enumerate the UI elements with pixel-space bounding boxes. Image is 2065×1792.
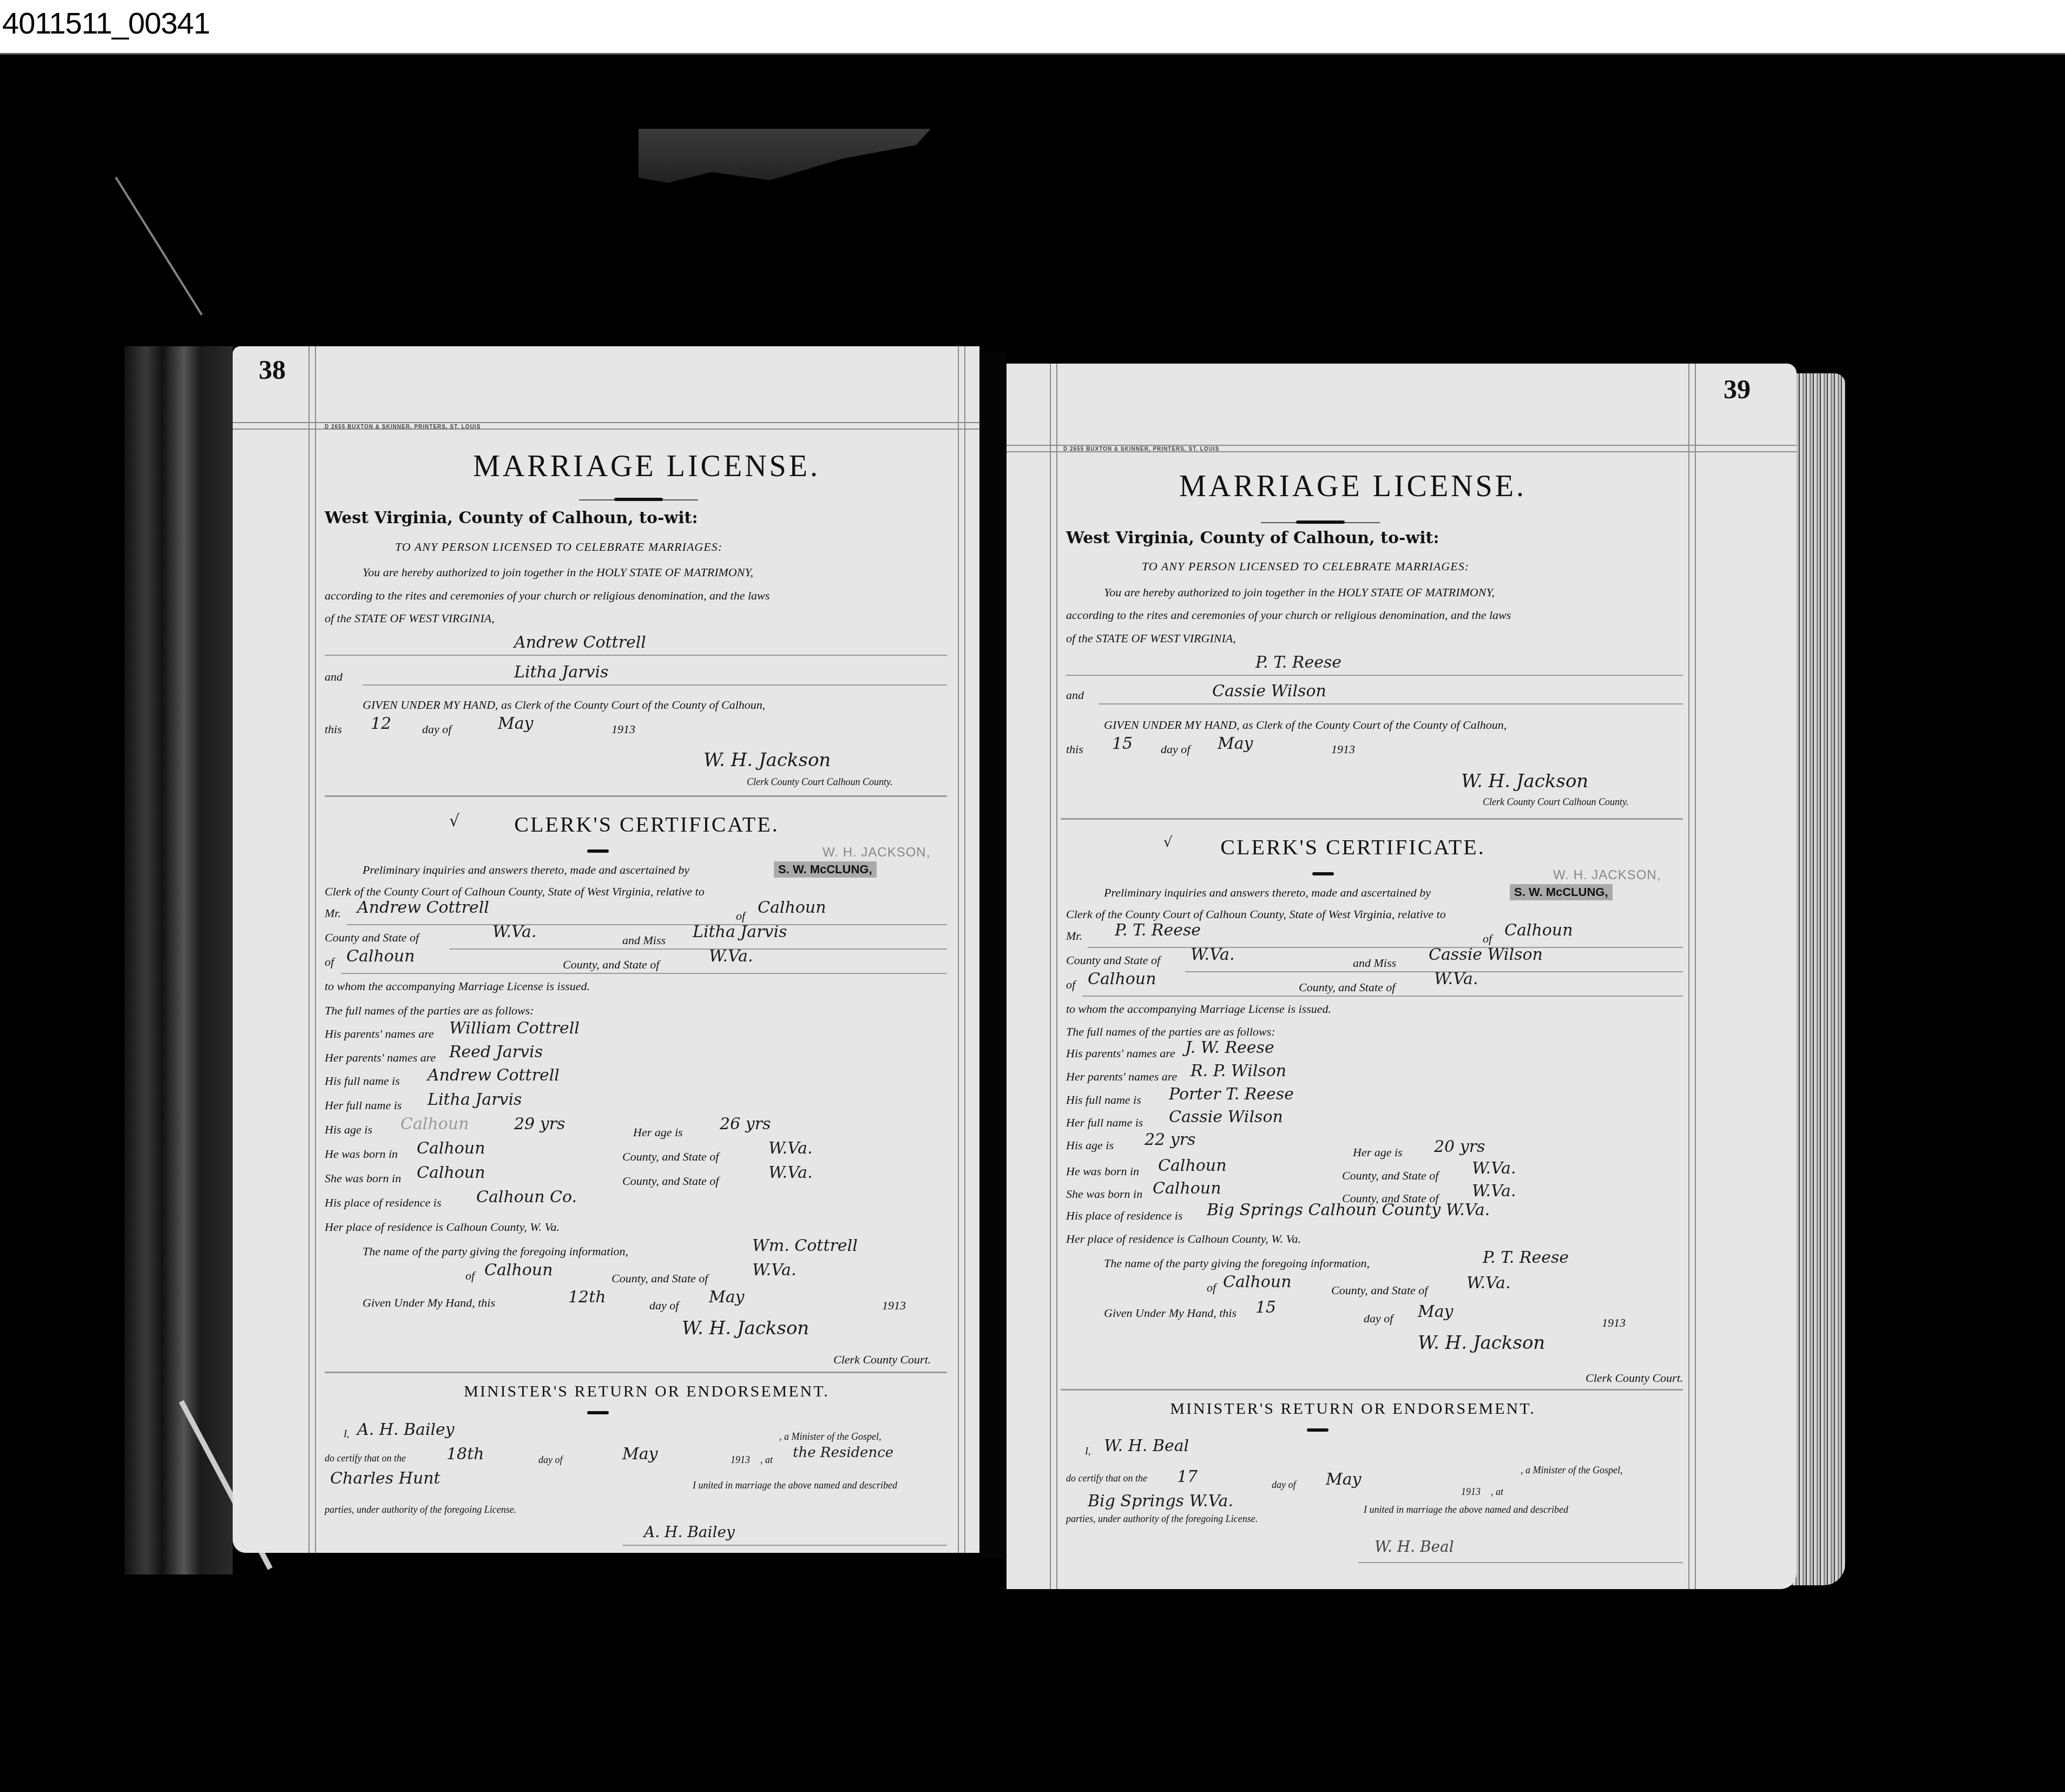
his-age-struck: Calhoun (400, 1115, 469, 1134)
license-address: TO ANY PERSON LICENSED TO CELEBRATE MARR… (1142, 559, 1469, 574)
miss-county: Calhoun (1088, 970, 1156, 989)
his-parents: William Cottrell (449, 1019, 580, 1038)
he-born-state: W.Va. (1472, 1159, 1516, 1178)
clerk-title: Clerk County Court Calhoun County. (1483, 796, 1629, 808)
section-divider (325, 795, 947, 797)
his-age-label: His age is (1066, 1138, 1114, 1152)
certificate-clerk-line: Clerk of the County Court of Calhoun Cou… (1066, 907, 1446, 921)
bride-name: Litha Jarvis (514, 663, 609, 682)
her-full-name: Litha Jarvis (428, 1090, 522, 1109)
fill-line (1066, 675, 1683, 676)
return-year: 1913 (1461, 1486, 1481, 1498)
ledger-page-39: 39 D 2655 BUXTON & SKINNER, PRINTERS, ST… (1007, 364, 1797, 1589)
ornament-divider (1296, 521, 1345, 524)
to-whom-label: to whom the accompanying Marriage Licens… (325, 979, 590, 993)
her-full-name: Cassie Wilson (1169, 1108, 1283, 1126)
page-number: 38 (259, 354, 286, 385)
united-label: I united in marriage the above named and… (1364, 1504, 1568, 1516)
her-parents: R. P. Wilson (1191, 1062, 1286, 1081)
header-rule (233, 422, 979, 423)
mr-name: Andrew Cottrell (357, 898, 489, 917)
license-body-line: of the STATE OF WEST VIRGINIA, (1066, 631, 1236, 645)
mr-name: P. T. Reese (1115, 921, 1201, 940)
at-label: , at (1491, 1486, 1503, 1498)
clerk-stamp-faint: W. H. JACKSON, (823, 845, 930, 860)
her-age: 20 yrs (1434, 1137, 1485, 1156)
her-age-label: Her age is (633, 1125, 683, 1139)
he-born-state-label: County, and State of (1342, 1169, 1438, 1183)
mr-county: Calhoun (1504, 921, 1573, 940)
her-full-name-label: Her full name is (325, 1098, 402, 1112)
fill-line (325, 655, 947, 656)
his-age: 29 yrs (514, 1115, 565, 1134)
she-born-county: Calhoun (417, 1163, 485, 1182)
and-label: and (1066, 688, 1084, 702)
informant-state-label: County, and State of (611, 1271, 708, 1286)
parties-label: parties, under authority of the foregoin… (325, 1504, 516, 1516)
clerk-signature: W. H. Jackson (703, 749, 831, 771)
and-label: and (325, 670, 343, 684)
miss-state: W.Va. (709, 947, 753, 966)
miss-of-label: of (325, 955, 334, 969)
informant-state: W.Va. (1466, 1274, 1510, 1293)
jurisdiction-heading: West Virginia, County of Calhoun, to-wit… (325, 509, 698, 528)
minister-signature: A. H. Bailey (644, 1523, 735, 1541)
return-day: 18th (446, 1445, 484, 1464)
minister-name: W. H. Beal (1104, 1437, 1189, 1455)
ledger-page-38: 38 D 2655 BUXTON & SKINNER, PRINTERS, ST… (233, 346, 979, 1553)
license-month: May (1218, 734, 1253, 753)
his-residence: Big Springs Calhoun County W.Va. (1207, 1201, 1490, 1220)
he-born-county: Calhoun (1158, 1156, 1226, 1175)
mr-state: W.Va. (1191, 945, 1234, 964)
minister-suffix: , a Minister of the Gospel, (779, 1431, 881, 1442)
her-residence-label: Her place of residence is Calhoun County… (1066, 1232, 1301, 1246)
given-under-hand-label: GIVEN UNDER MY HAND, as Clerk of the Cou… (363, 698, 765, 712)
miss-name: Cassie Wilson (1429, 945, 1543, 964)
fill-line (449, 948, 947, 950)
she-born-state: W.Va. (1472, 1182, 1516, 1201)
certificate-title: CLERK'S CERTIFICATE. (233, 812, 979, 837)
ornament-divider (614, 498, 663, 501)
image-header-bar: 4011511_00341 (0, 0, 2065, 55)
day-of-label: day of (1161, 742, 1190, 756)
printer-imprint: D 2655 BUXTON & SKINNER, PRINTERS, ST. L… (325, 424, 481, 430)
miss-county: Calhoun (346, 947, 415, 966)
mr-label: Mr. (1066, 929, 1082, 943)
day-of-label: day of (422, 722, 451, 736)
license-day: 12 (371, 714, 391, 733)
she-born-label: She was born in (1066, 1187, 1142, 1201)
license-day: 15 (1112, 734, 1133, 753)
certificate-clerk-line: Clerk of the County Court of Calhoun Cou… (325, 885, 705, 899)
fill-line (1088, 947, 1683, 948)
clerk-title-2: Clerk County Court. (1586, 1371, 1683, 1385)
clerk-signature: W. H. Jackson (1461, 770, 1588, 792)
return-place-line-2: Big Springs W.Va. (1088, 1492, 1233, 1511)
bride-name: Cassie Wilson (1212, 682, 1326, 701)
his-age-label: His age is (325, 1123, 372, 1137)
his-residence-label: His place of residence is (1066, 1209, 1182, 1223)
return-place-line-2: Charles Hunt (330, 1469, 440, 1488)
county-and-state-label: County, and State of (563, 958, 659, 972)
his-age: 22 yrs (1145, 1130, 1195, 1149)
header-rule (1007, 445, 1797, 446)
minister-name: A. H. Bailey (357, 1420, 455, 1439)
county-and-state-label: County, and State of (1299, 980, 1395, 994)
informant-label: The name of the party giving the foregoi… (363, 1244, 628, 1259)
he-born-label: He was born in (1066, 1164, 1139, 1178)
groom-name: Andrew Cottrell (514, 633, 646, 652)
book-gutter (981, 352, 1005, 1558)
miss-state: W.Va. (1434, 970, 1478, 989)
minister-suffix: , a Minister of the Gospel, (1521, 1465, 1622, 1476)
return-place-line-1: the Residence (793, 1445, 893, 1461)
parties-label: parties, under authority of the foregoin… (1066, 1513, 1258, 1525)
license-address: TO ANY PERSON LICENSED TO CELEBRATE MARR… (395, 540, 722, 554)
license-month: May (498, 714, 534, 733)
clerk-stamp: S. W. McCLUNG, (1510, 884, 1613, 900)
certificate-title: CLERK'S CERTIFICATE. (1007, 834, 1797, 860)
signature-line (622, 1545, 947, 1546)
page-number: 39 (1724, 373, 1751, 405)
certify-label: do certify that on the (325, 1453, 406, 1464)
fill-line (346, 924, 947, 925)
clerk-stamp: S. W. McCLUNG, (774, 861, 877, 878)
mr-county: Calhoun (758, 898, 826, 917)
return-day-of-label: day of (1272, 1479, 1296, 1491)
given-day: 15 (1255, 1298, 1276, 1317)
return-day: 17 (1177, 1467, 1198, 1486)
informant-name: Wm. Cottrell (752, 1236, 858, 1255)
his-residence: Calhoun Co. (476, 1188, 577, 1207)
clerk-title: Clerk County Court Calhoun County. (747, 776, 893, 788)
of-label: of (1483, 932, 1492, 946)
fill-line (363, 684, 947, 686)
given-year: 1913 (1602, 1316, 1626, 1330)
she-born-state: W.Va. (768, 1163, 812, 1182)
he-born-county: Calhoun (417, 1139, 485, 1158)
she-born-county: Calhoun (1153, 1179, 1221, 1198)
informant-label: The name of the party giving the foregoi… (1104, 1256, 1370, 1270)
margin-rule (308, 346, 310, 1553)
license-body-line: You are hereby authorized to join togeth… (363, 565, 753, 579)
image-id-label: 4011511_00341 (2, 5, 210, 41)
license-body-line: according to the rites and ceremonies of… (325, 589, 770, 603)
she-born-label: She was born in (325, 1171, 401, 1185)
book-cover-left (124, 346, 233, 1574)
united-label: I united in marriage the above named and… (693, 1480, 897, 1491)
return-year: 1913 (731, 1454, 750, 1466)
mr-label: Mr. (325, 906, 341, 920)
license-year: 1913 (611, 722, 635, 736)
clerk-signature-2: W. H. Jackson (682, 1317, 809, 1339)
she-born-state-label: County, and State of (622, 1174, 719, 1188)
his-full-name-label: His full name is (1066, 1093, 1141, 1107)
return-title: MINISTER'S RETURN OR ENDORSEMENT. (1007, 1400, 1797, 1418)
return-title: MINISTER'S RETURN OR ENDORSEMENT. (233, 1382, 979, 1401)
margin-rule (964, 346, 965, 1553)
given-under-hand-label-2: Given Under My Hand, this (1104, 1306, 1237, 1320)
informant-of-label: of (1207, 1281, 1216, 1295)
his-full-name: Porter T. Reese (1169, 1085, 1294, 1104)
given-month: May (1418, 1302, 1454, 1321)
miss-of-label: of (1066, 978, 1075, 992)
given-day: 12th (568, 1288, 606, 1307)
jurisdiction-heading: West Virginia, County of Calhoun, to-wit… (1066, 529, 1439, 548)
license-year: 1913 (1331, 742, 1355, 756)
certify-label: do certify that on the (1066, 1473, 1147, 1484)
signature-line (1358, 1562, 1683, 1563)
printer-imprint: D 2655 BUXTON & SKINNER, PRINTERS, ST. L… (1063, 446, 1219, 452)
he-born-state: W.Va. (768, 1139, 812, 1158)
mr-state: W.Va. (492, 923, 536, 941)
given-under-hand-label: GIVEN UNDER MY HAND, as Clerk of the Cou… (1104, 718, 1507, 732)
margin-rule (958, 346, 959, 1553)
his-parents-label: His parents' names are (325, 1027, 434, 1041)
fill-line (1099, 703, 1683, 704)
given-day-of-label: day of (1364, 1312, 1393, 1326)
clerk-title-2: Clerk County Court. (833, 1353, 931, 1367)
given-under-hand-label-2: Given Under My Hand, this (363, 1296, 495, 1310)
ornament-divider (1307, 1428, 1329, 1432)
and-miss-label: and Miss (622, 933, 666, 947)
license-body-line: according to the rites and ceremonies of… (1066, 608, 1511, 622)
fill-line (1082, 996, 1683, 997)
return-month: May (1326, 1470, 1362, 1489)
his-parents-label: His parents' names are (1066, 1046, 1175, 1060)
miss-name: Litha Jarvis (693, 923, 787, 941)
this-label: this (325, 722, 342, 736)
license-title: MARRIAGE LICENSE. (233, 449, 979, 484)
her-parents-label: Her parents' names are (1066, 1070, 1177, 1084)
ornament-divider (587, 1411, 609, 1414)
i-label: I, (344, 1428, 350, 1440)
county-state-label: County and State of (1066, 953, 1160, 967)
her-full-name-label: Her full name is (1066, 1116, 1143, 1130)
informant-county: Calhoun (484, 1261, 553, 1280)
her-parents: Reed Jarvis (449, 1043, 543, 1062)
license-title: MARRIAGE LICENSE. (1007, 469, 1797, 504)
her-parents-label: Her parents' names are (325, 1051, 436, 1065)
certificate-intro: Preliminary inquiries and answers theret… (363, 863, 689, 877)
this-label: this (1066, 742, 1083, 756)
license-body-line: of the STATE OF WEST VIRGINIA, (325, 611, 495, 625)
at-label: , at (760, 1454, 773, 1466)
minister-signature: W. H. Beal (1375, 1538, 1454, 1556)
informant-county: Calhoun (1223, 1273, 1291, 1292)
clerk-signature-2: W. H. Jackson (1418, 1332, 1545, 1354)
and-miss-label: and Miss (1353, 956, 1396, 970)
ornament-divider (587, 849, 609, 853)
certificate-intro: Preliminary inquiries and answers theret… (1104, 886, 1431, 900)
his-residence-label: His place of residence is (325, 1196, 441, 1210)
license-body-line: You are hereby authorized to join togeth… (1104, 585, 1495, 599)
he-born-state-label: County, and State of (622, 1150, 719, 1164)
given-day-of-label: day of (649, 1299, 679, 1313)
to-whom-label: to whom the accompanying Marriage Licens… (1066, 1002, 1331, 1016)
of-label: of (736, 909, 745, 923)
full-names-intro: The full names of the parties are as fol… (325, 1004, 534, 1018)
informant-state: W.Va. (752, 1261, 796, 1280)
margin-rule (315, 346, 316, 1553)
his-full-name: Andrew Cottrell (428, 1066, 560, 1085)
ornament-divider (1312, 872, 1334, 875)
her-age-label: Her age is (1353, 1145, 1403, 1159)
section-divider (1061, 1389, 1683, 1391)
section-divider (1061, 818, 1683, 820)
full-names-intro: The full names of the parties are as fol… (1066, 1025, 1275, 1039)
her-residence-label: Her place of residence is Calhoun County… (325, 1220, 560, 1234)
fill-line (341, 973, 947, 974)
her-age: 26 yrs (720, 1115, 771, 1134)
informant-of-label: of (465, 1269, 475, 1283)
i-label: I, (1085, 1446, 1091, 1457)
clerk-stamp-faint: W. H. JACKSON, (1553, 868, 1661, 883)
section-divider (325, 1372, 947, 1373)
informant-state-label: County, and State of (1331, 1283, 1428, 1297)
his-full-name-label: His full name is (325, 1074, 400, 1088)
given-year: 1913 (882, 1299, 906, 1313)
given-month: May (709, 1288, 745, 1307)
return-month: May (622, 1445, 658, 1464)
his-parents: J. W. Reese (1185, 1038, 1274, 1057)
return-day-of-label: day of (538, 1454, 563, 1466)
county-state-label: County and State of (325, 931, 419, 945)
he-born-label: He was born in (325, 1147, 398, 1161)
informant-name: P. T. Reese (1483, 1248, 1569, 1267)
groom-name: P. T. Reese (1255, 653, 1341, 672)
